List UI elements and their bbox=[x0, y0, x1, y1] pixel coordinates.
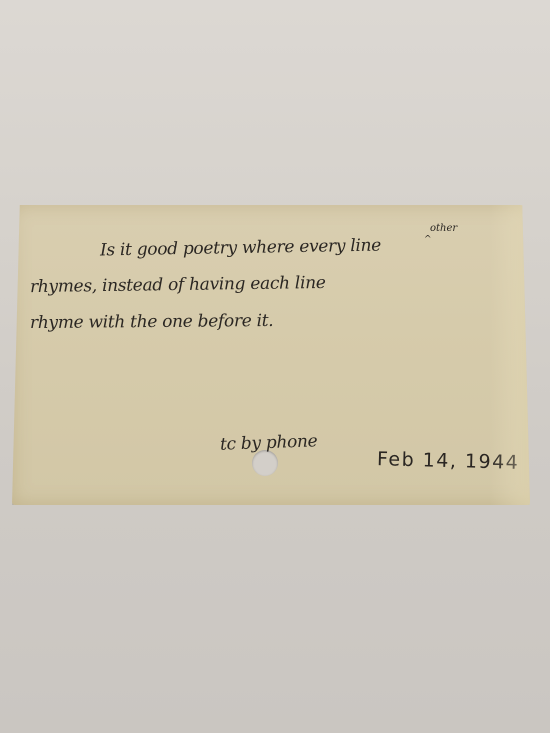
index-card: other ^ Is it good poetry where every li… bbox=[12, 205, 530, 505]
date: Feb 14, 1944 bbox=[377, 448, 520, 474]
inserted-word: other bbox=[430, 223, 457, 234]
punch-hole bbox=[252, 450, 278, 476]
handwritten-line-1: Is it good poetry where every line bbox=[100, 236, 381, 261]
handwritten-line-2: rhymes, instead of having each line bbox=[30, 273, 326, 297]
insertion-caret: ^ bbox=[424, 235, 432, 245]
handwritten-line-3: rhyme with the one before it. bbox=[30, 311, 274, 333]
byline: tc by phone bbox=[220, 431, 318, 454]
